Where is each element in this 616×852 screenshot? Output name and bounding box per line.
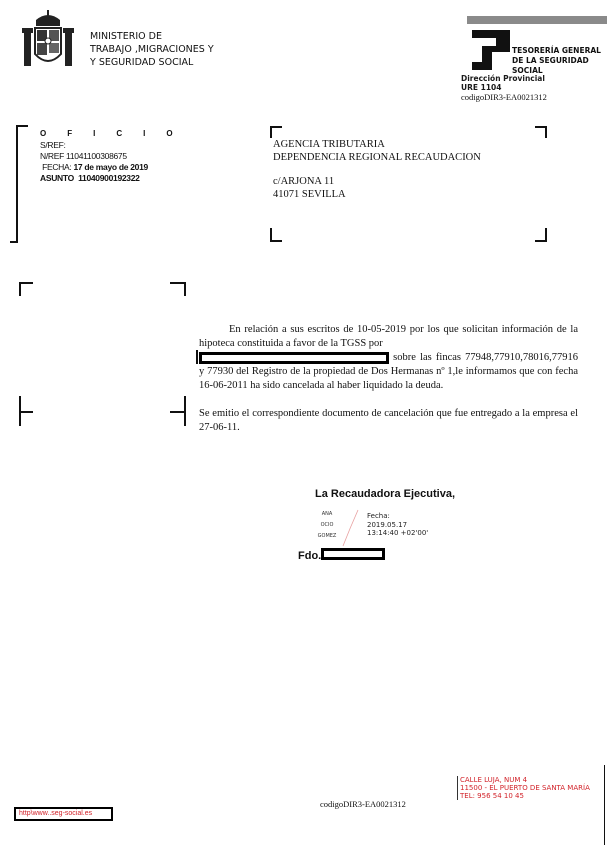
oficio-title: OFICIO	[40, 129, 194, 138]
fecha-label: FECHA:	[42, 162, 71, 172]
ministry-line: MINISTERIO DE	[90, 30, 214, 43]
tgss-name: TESORERÍA GENERAL DE LA SEGURIDAD SOCIAL	[512, 46, 616, 76]
digital-signature-date: Fecha: 2019.05.17 13:14:40 +02'00'	[367, 512, 428, 538]
frame-mark	[16, 125, 28, 127]
fecha: FECHA: 17 de mayo de 2019	[40, 162, 148, 173]
fecha-value: 17 de mayo de 2019	[74, 162, 148, 172]
asunto: ASUNTO 11040900192322	[40, 173, 148, 184]
stamp-date: 2019.05.17	[367, 521, 428, 530]
frame-mark	[170, 411, 186, 413]
tgss-direction: Dirección Provincial URE 1104	[461, 74, 545, 92]
asunto-value: 11040900192322	[78, 173, 140, 183]
frame-mark	[19, 282, 33, 284]
frame-mark	[535, 126, 547, 128]
ministry-line: Y SEGURIDAD SOCIAL	[90, 56, 214, 69]
fdo-label: Fdo.	[298, 550, 321, 562]
signed-by: Fdo.	[298, 548, 385, 562]
initial: ANA	[312, 509, 342, 520]
body-paragraph-2: Se emitio el correspondiente documento d…	[199, 407, 578, 435]
digital-signature-initials: ANA OCIO GOMEZ	[312, 509, 342, 542]
direction-label: Dirección Provincial	[461, 74, 545, 83]
ministry-name: MINISTERIO DE TRABAJO ,MIGRACIONES Y Y S…	[90, 30, 214, 69]
frame-mark	[270, 126, 282, 128]
recipient-line: AGENCIA TRIBUTARIA	[273, 139, 481, 152]
tgss-name-line: TESORERÍA GENERAL	[512, 46, 616, 56]
initial: GOMEZ	[312, 531, 342, 542]
frame-mark	[170, 282, 186, 284]
tgss-header-bar	[467, 16, 607, 24]
frame-mark	[19, 411, 33, 413]
sref: S/REF:	[40, 140, 148, 151]
signer-title: La Recaudadora Ejecutiva,	[315, 488, 455, 500]
nref: N/REF 11041100308675	[40, 151, 148, 162]
footer-address-line: 11500 - EL PUERTO DE SANTA MARÍA	[460, 784, 590, 792]
frame-mark	[16, 125, 18, 243]
footer-address-line: TEL: 956 54 10 45	[460, 792, 590, 800]
recipient-spacer	[273, 164, 481, 176]
tgss-name-line: DE LA SEGURIDAD SOCIAL	[512, 56, 616, 76]
frame-mark	[184, 282, 186, 296]
frame-mark	[535, 240, 547, 242]
body-paragraph-1: En relación a sus escritos de 10-05-2019…	[199, 323, 578, 393]
coat-of-arms-icon	[22, 10, 74, 72]
ministry-line: TRABAJO ,MIGRACIONES Y	[90, 43, 214, 56]
frame-mark	[270, 240, 282, 242]
frame-mark	[19, 282, 21, 296]
stamp-date-label: Fecha:	[367, 512, 428, 521]
footer-address-line: CALLE LUJA, NUM 4	[460, 776, 590, 784]
tgss-logo-icon	[472, 30, 510, 70]
footer-margin-line	[604, 765, 605, 845]
recipient-line: 41071 SEVILLA	[273, 189, 481, 202]
ure-label: URE 1104	[461, 83, 545, 92]
redacted-name	[199, 352, 389, 364]
body-text-part: En relación a sus escritos de 10-05-2019…	[199, 324, 578, 349]
frame-mark	[10, 241, 18, 243]
stamp-time: 13:14:40 +02'00'	[367, 529, 428, 538]
header-dir3-code: codigoDIR3-EA0021312	[461, 92, 547, 102]
recipient-line: DEPENDENCIA REGIONAL RECAUDACION	[273, 152, 481, 165]
letter-body: En relación a sus escritos de 10-05-2019…	[199, 323, 578, 435]
recipient-address: AGENCIA TRIBUTARIA DEPENDENCIA REGIONAL …	[273, 139, 481, 201]
asunto-label: ASUNTO	[40, 173, 74, 183]
redacted-signer	[321, 548, 385, 560]
signature-stroke-icon	[340, 508, 360, 548]
footer-website-link[interactable]: http\www..seg-social.es	[14, 807, 113, 821]
footer-dir3-code: codigoDIR3-EA0021312	[320, 799, 406, 809]
text-cursor-mark	[196, 350, 198, 364]
oficio-meta: S/REF: N/REF 11041100308675 FECHA: 17 de…	[40, 140, 148, 184]
recipient-line: c/ARJONA 11	[273, 176, 481, 189]
initial: OCIO	[312, 520, 342, 531]
footer-address: CALLE LUJA, NUM 4 11500 - EL PUERTO DE S…	[457, 776, 590, 800]
